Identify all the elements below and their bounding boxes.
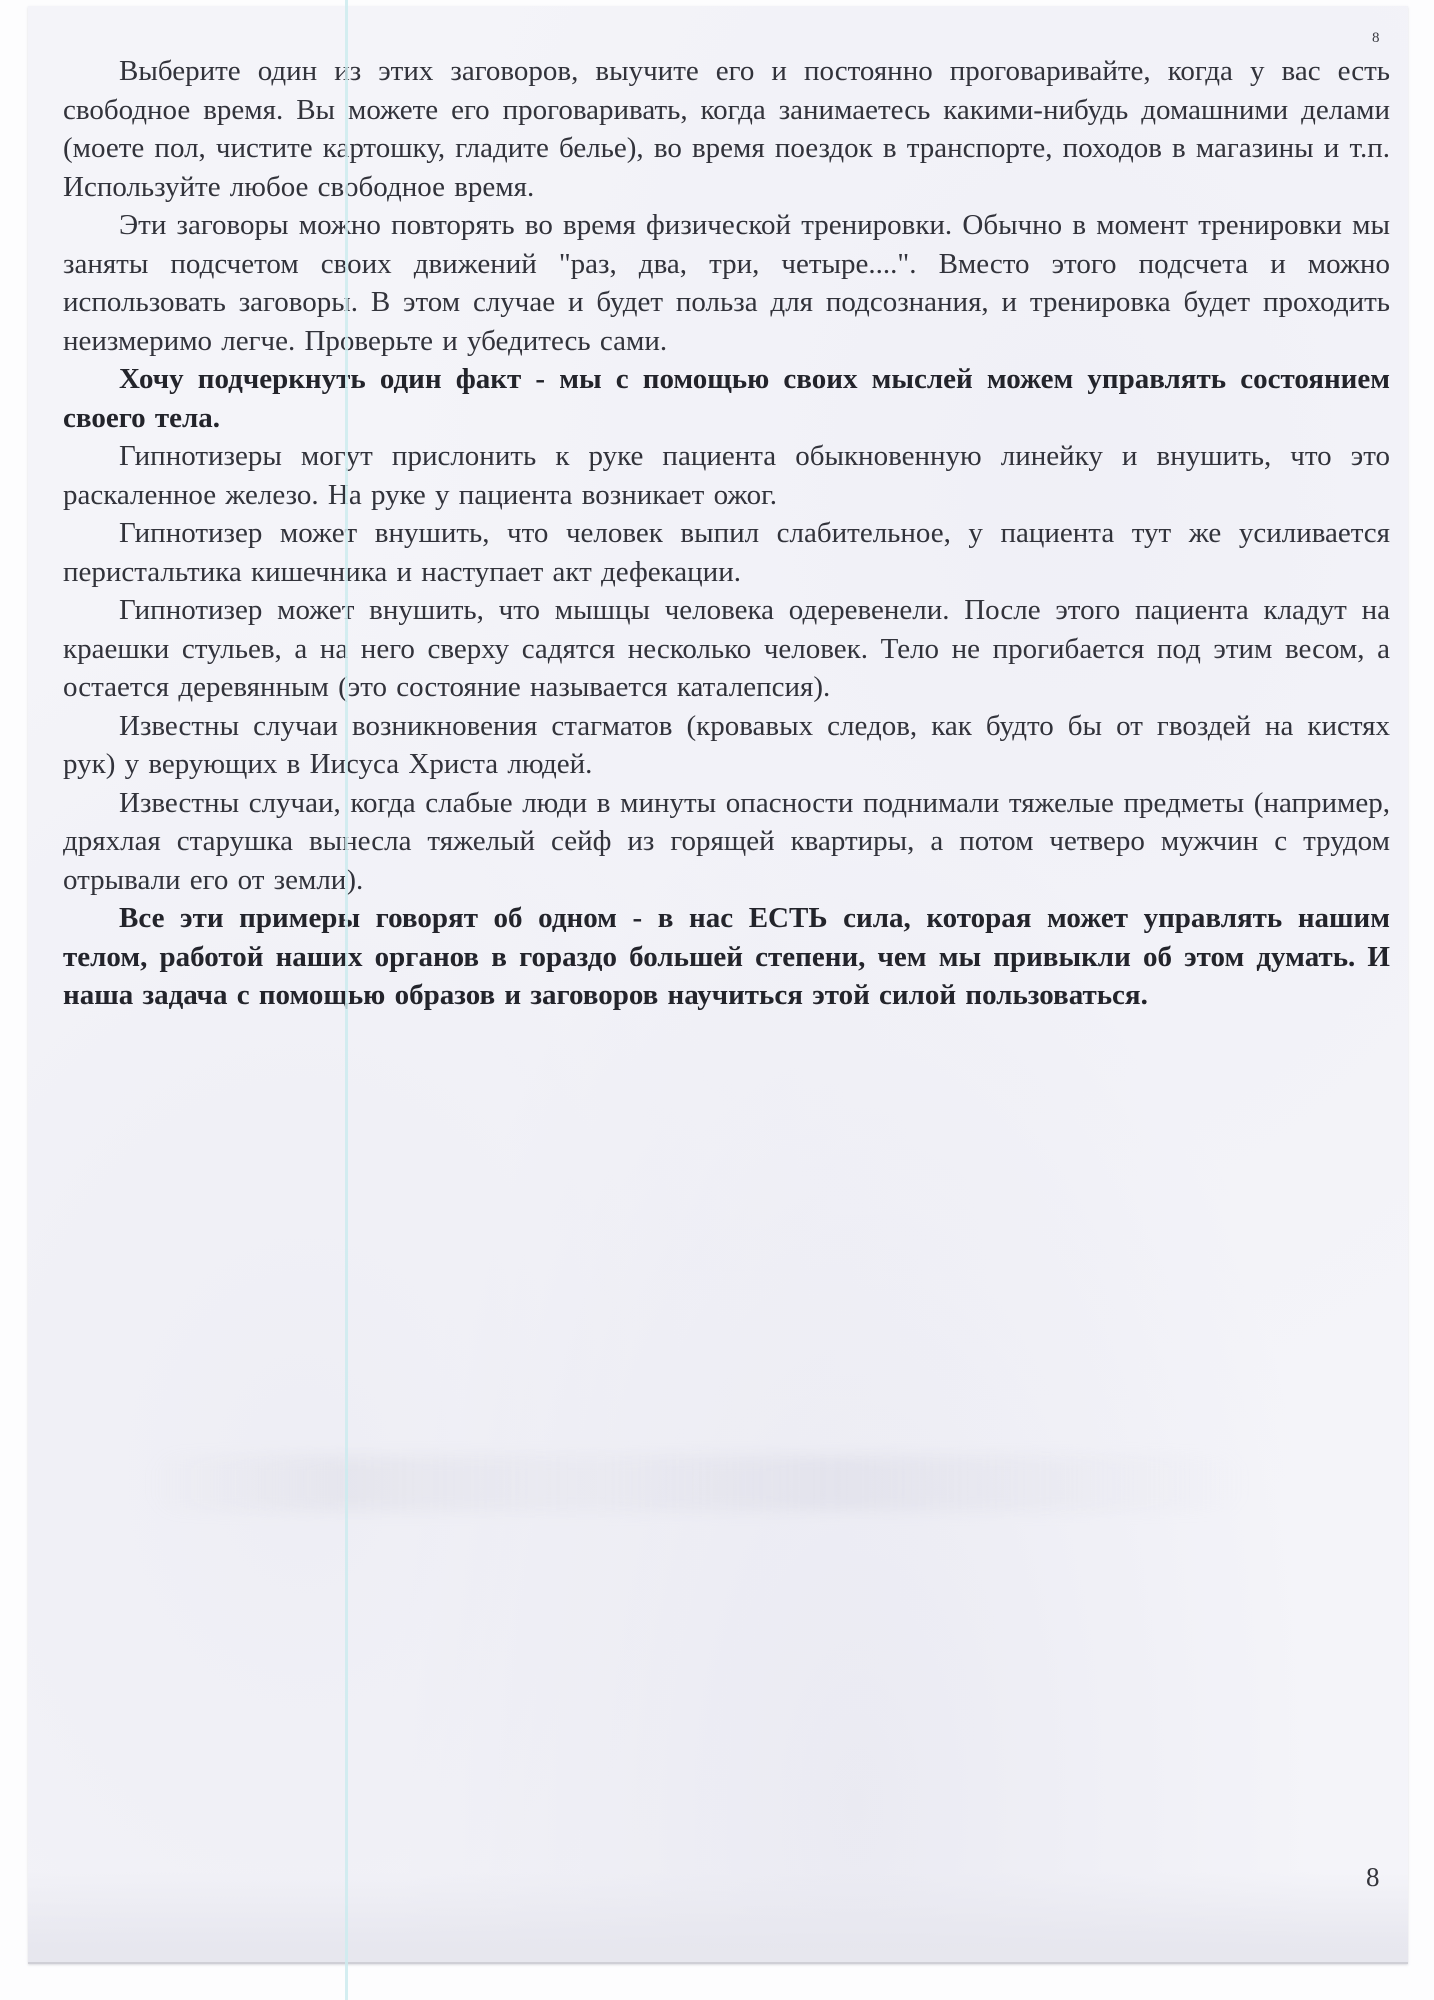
scan-fold-line: [345, 0, 348, 2000]
paragraph: Гипнотизер может внушить, что человек вы…: [63, 514, 1390, 591]
paragraph: Гипнотизеры могут прислонить к руке паци…: [63, 437, 1390, 514]
scan-bottom-shadow: [28, 1872, 1408, 1962]
scanned-page-canvas: 8 Выберите один из этих заговоров, выучи…: [0, 0, 1434, 2000]
document-body: Выберите один из этих заговоров, выучите…: [63, 52, 1390, 1015]
paragraph: Известны случаи возникновения стагматов …: [63, 707, 1390, 784]
paragraph: Гипнотизер может внушить, что мышцы чело…: [63, 591, 1390, 707]
page-number-bottom: 8: [1366, 1862, 1380, 1893]
paragraph-bold: Все эти примеры говорят об одном - в нас…: [63, 899, 1390, 1015]
page-sheet: 8 Выберите один из этих заговоров, выучи…: [28, 6, 1408, 1964]
paragraph: Известны случаи, когда слабые люди в мин…: [63, 784, 1390, 900]
paragraph-bold: Хочу подчеркнуть один факт - мы с помощь…: [63, 360, 1390, 437]
scan-smudge: [148, 1456, 1248, 1511]
paragraph: Выберите один из этих заговоров, выучите…: [63, 52, 1390, 206]
paragraph: Эти заговоры можно повторять во время фи…: [63, 206, 1390, 360]
page-number-top: 8: [1372, 30, 1380, 47]
